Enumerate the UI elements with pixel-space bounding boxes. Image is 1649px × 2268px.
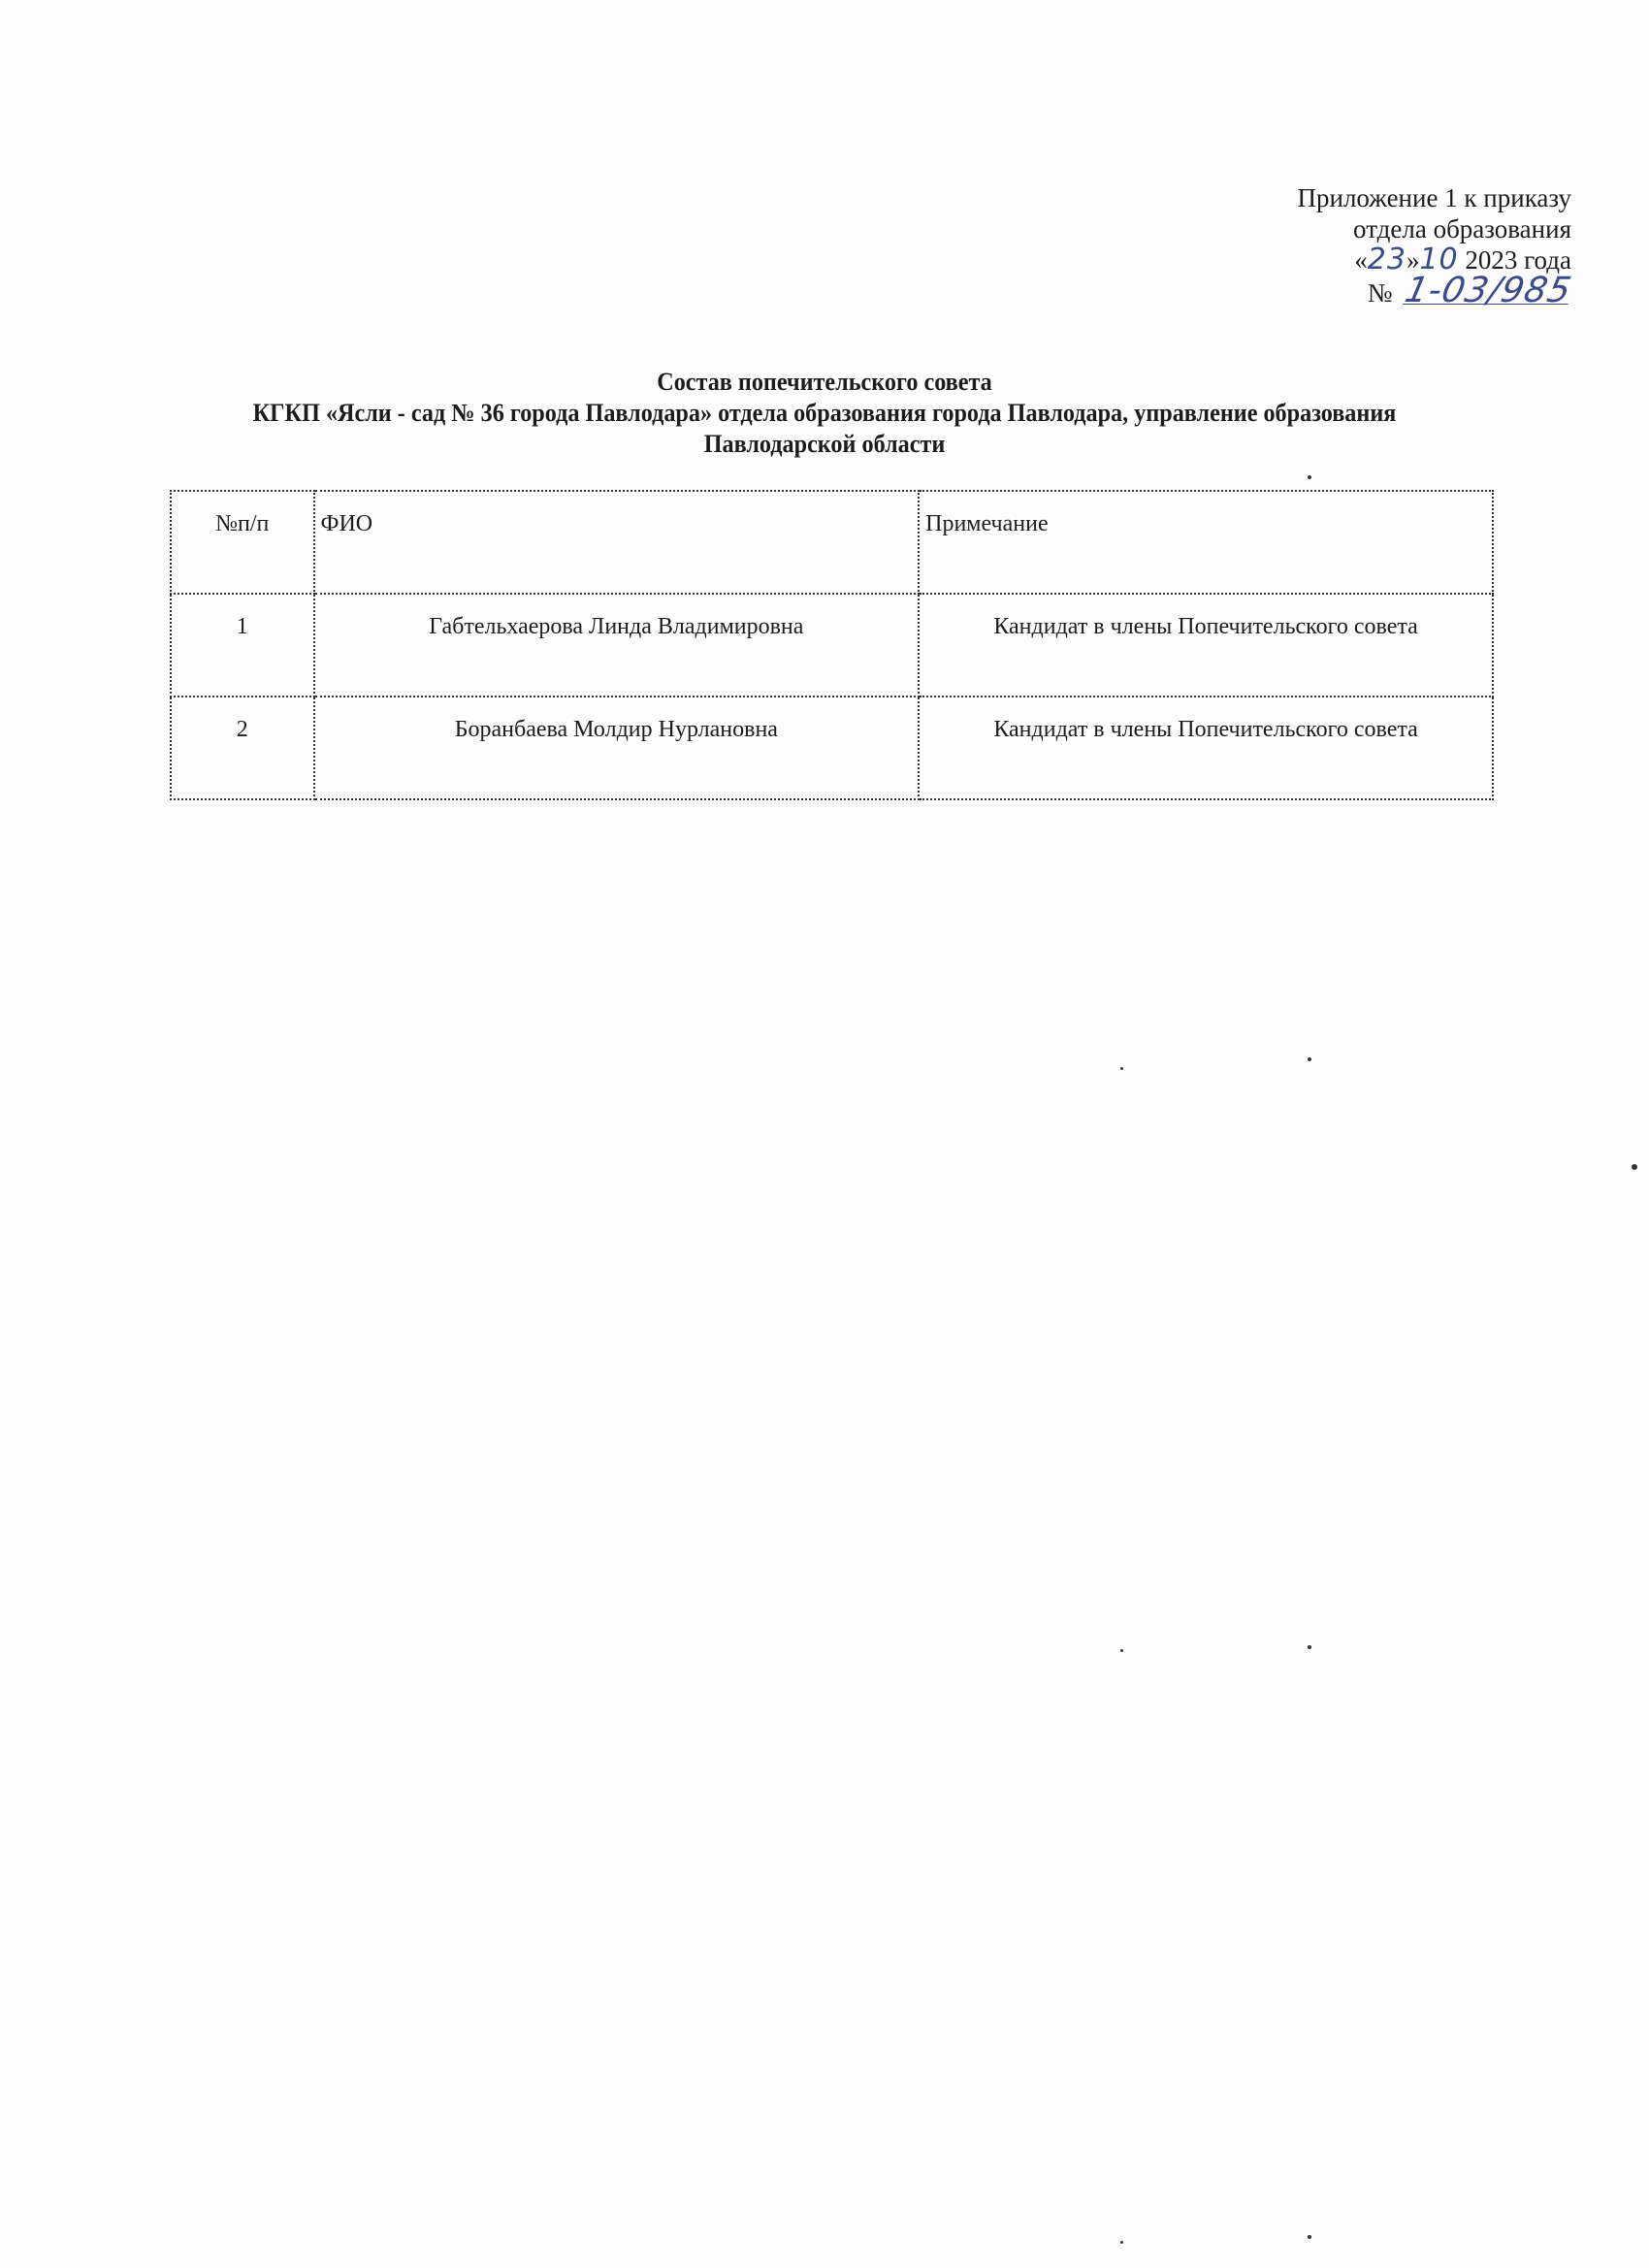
scan-speck	[1120, 1067, 1123, 1070]
table-row: 2 Боранбаева Молдир Нурлановна Кандидат …	[171, 697, 1493, 799]
scan-speck	[1308, 475, 1311, 479]
scan-speck	[1308, 1645, 1311, 1649]
row-name: Габтельхаерова Линда Владимировна	[314, 594, 920, 697]
title-line-2: КГКП «Ясли - сад № 36 города Павлодара» …	[58, 398, 1592, 429]
header-name: ФИО	[314, 491, 920, 594]
header-note: Примечание	[919, 491, 1493, 594]
scan-speck	[1308, 1057, 1311, 1061]
attachment-line-2: отдела образования	[1298, 213, 1571, 244]
row-name: Боранбаева Молдир Нурлановна	[314, 697, 920, 799]
handwritten-day: 23	[1368, 243, 1406, 276]
row-note: Кандидат в члены Попечительского совета	[919, 697, 1493, 799]
document-title: Состав попечительского совета КГКП «Ясли…	[58, 367, 1592, 460]
scan-speck	[1632, 1164, 1637, 1170]
title-line-3: Павлодарской области	[58, 429, 1592, 460]
scan-speck	[1120, 1649, 1123, 1652]
row-number: 2	[171, 697, 314, 799]
scan-speck	[1120, 2241, 1123, 2244]
header-number: №п/п	[171, 491, 314, 594]
handwritten-order-number: 1-03/985	[1403, 275, 1574, 307]
number-label: №	[1368, 278, 1393, 308]
scan-speck	[1308, 2235, 1311, 2239]
row-note: Кандидат в члены Попечительского совета	[919, 594, 1493, 697]
table-header-row: №п/п ФИО Примечание	[171, 491, 1493, 594]
attachment-header: Приложение 1 к приказу отдела образовани…	[1298, 182, 1571, 308]
row-number: 1	[171, 594, 314, 697]
table-row: 1 Габтельхаерова Линда Владимировна Канд…	[171, 594, 1493, 697]
members-table: №п/п ФИО Примечание 1 Габтельхаерова Лин…	[170, 490, 1494, 800]
title-line-1: Состав попечительского совета	[58, 367, 1592, 398]
attachment-line-1: Приложение 1 к приказу	[1298, 182, 1571, 213]
attachment-number: №1-03/985	[1298, 275, 1571, 308]
